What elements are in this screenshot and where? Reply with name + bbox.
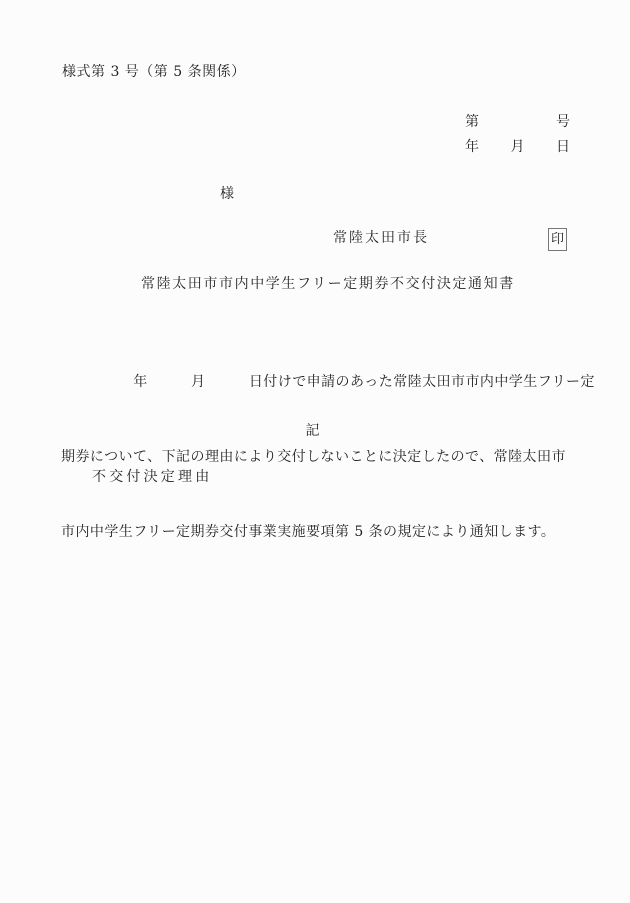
date-month-label: 月 bbox=[511, 137, 525, 157]
date-line: 年 月 日 bbox=[465, 137, 570, 157]
seal-box: 印 bbox=[548, 228, 567, 251]
seal-mark: 印 bbox=[551, 233, 564, 246]
number-suffix: 号 bbox=[556, 112, 570, 132]
document-page: 様式第 3 号（第 5 条関係） 第 号 年 月 日 様 常陸太田市長 印 常陸… bbox=[0, 0, 630, 903]
document-title: 常陸太田市市内中学生フリー定期券不交付決定通知書 bbox=[141, 274, 515, 294]
reason-label: 不交付決定理由 bbox=[92, 467, 212, 487]
note-marker: 記 bbox=[0, 421, 625, 441]
body-paragraph: 年 月 日付けで申請のあった常陸太田市市内中学生フリー定 期券について、下記の理… bbox=[61, 320, 595, 595]
sender-title: 常陸太田市長 bbox=[333, 228, 429, 248]
body-line: 市内中学生フリー定期券交付事業実施要項第 5 条の規定により通知します。 bbox=[61, 520, 595, 545]
document-number-line: 第 号 bbox=[465, 112, 570, 132]
number-prefix: 第 bbox=[465, 112, 479, 132]
body-line: 年 月 日付けで申請のあった常陸太田市市内中学生フリー定 bbox=[61, 370, 595, 395]
recipient-honorific: 様 bbox=[220, 184, 234, 204]
date-day-label: 日 bbox=[556, 137, 570, 157]
form-number-line: 様式第 3 号（第 5 条関係） bbox=[62, 62, 246, 82]
date-year-label: 年 bbox=[465, 137, 479, 157]
